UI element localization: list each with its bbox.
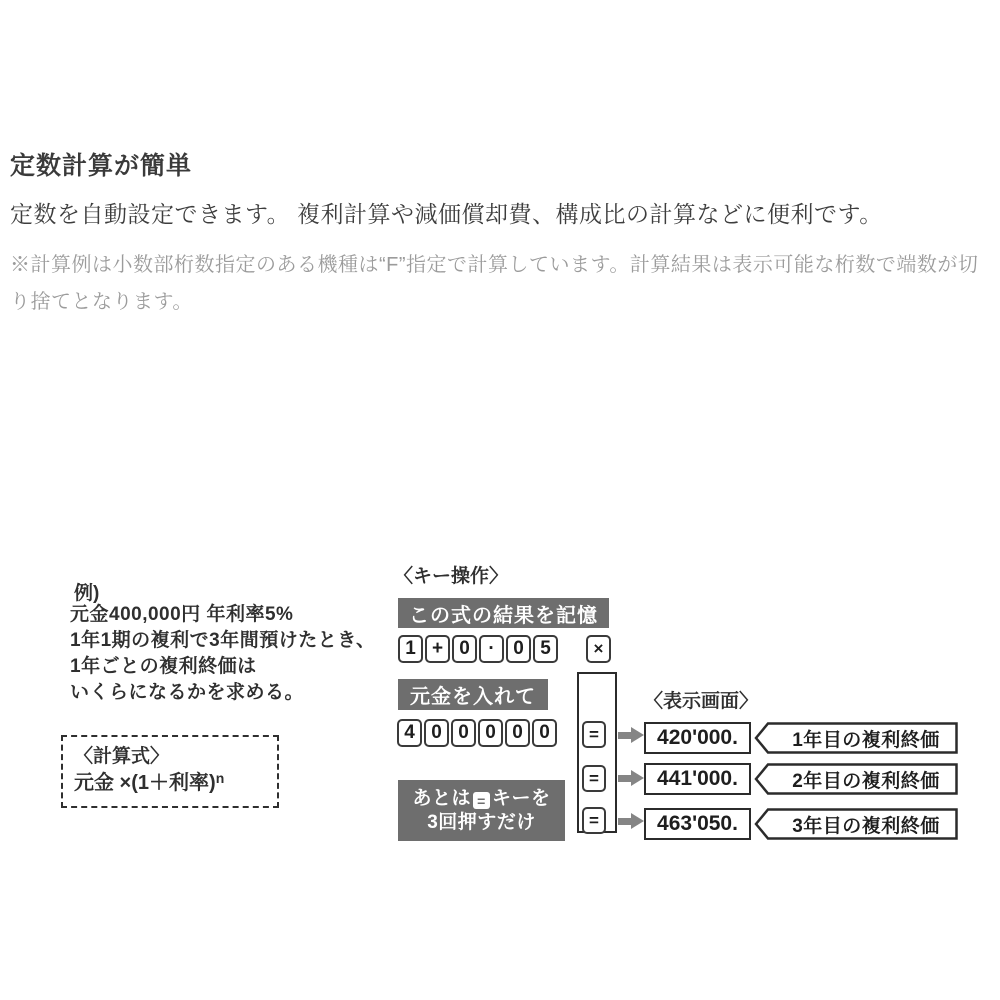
- right-arrow-icon: [618, 727, 644, 744]
- display-caption-year3: 3年目の複利終価: [754, 808, 958, 840]
- key-0: 0: [478, 719, 503, 747]
- formula-expression: 元金 ×(1＋利率)n: [74, 766, 224, 795]
- key-0: 0: [452, 635, 477, 663]
- step3-text-before: あとは: [412, 788, 471, 809]
- display-caption-year1: 1年目の複利終価: [754, 722, 958, 754]
- page-title: 定数計算が簡単: [10, 146, 192, 182]
- formula-exponent: n: [216, 770, 225, 786]
- key-1: 1: [398, 635, 423, 663]
- display-value-year2: 441'000.: [644, 763, 751, 795]
- note-text: ※計算例は小数部桁数指定のある機種は“F”指定で計算しています。計算結果は表示可…: [10, 247, 998, 321]
- display-value-year1: 420'000.: [644, 722, 751, 754]
- example-description: 元金400,000円 年利率5% 1年1期の複利で3年間預けたとき、 1年ごとの…: [70, 602, 375, 706]
- key-0: 0: [505, 719, 530, 747]
- key-equals-3: =: [582, 807, 606, 834]
- key-multiply: ×: [586, 635, 611, 663]
- key-5: 5: [533, 635, 558, 663]
- key-plus: +: [425, 635, 450, 663]
- right-arrow-icon: [618, 813, 644, 830]
- step2-key-row: 4 0 0 0 0 0: [397, 719, 557, 747]
- intro-text: 定数を自動設定できます。 複利計算や減価償却費、構成比の計算などに便利です。: [10, 196, 883, 229]
- key-0: 0: [424, 719, 449, 747]
- display-screen-title: 〈表示画面〉: [644, 686, 758, 713]
- right-arrow-icon: [618, 770, 644, 787]
- key-decimal-point: ·: [479, 635, 504, 663]
- key-equals-1: =: [582, 721, 606, 748]
- key-4: 4: [397, 719, 422, 747]
- caption-text: 3年目の複利終価: [778, 808, 954, 840]
- caption-text: 1年目の複利終価: [778, 722, 954, 754]
- page: 定数計算が簡単 定数を自動設定できます。 複利計算や減価償却費、構成比の計算など…: [0, 0, 1000, 1000]
- step3-line1: あとは=キーを: [412, 787, 550, 811]
- example-label: 例): [74, 578, 99, 605]
- formula-base: 元金 ×(1＋利率): [74, 772, 216, 794]
- caption-text: 2年目の複利終価: [778, 763, 954, 795]
- step3-instruction: あとは=キーを 3回押すだけ: [398, 780, 565, 841]
- key-equals-2: =: [582, 765, 606, 792]
- step1-instruction: この式の結果を記憶: [398, 598, 609, 628]
- step3-line2: 3回押すだけ: [427, 811, 536, 835]
- step3-text-after: キーを: [492, 788, 551, 809]
- formula-title: 〈計算式〉: [74, 741, 169, 768]
- display-caption-year2: 2年目の複利終価: [754, 763, 958, 795]
- key-0: 0: [451, 719, 476, 747]
- step1-key-row: 1 + 0 · 0 5: [398, 635, 558, 663]
- display-value-year3: 463'050.: [644, 808, 751, 840]
- key-0: 0: [532, 719, 557, 747]
- key-operation-title: 〈キー操作〉: [394, 561, 508, 588]
- equals-key-icon: =: [473, 792, 490, 809]
- key-0: 0: [506, 635, 531, 663]
- step2-instruction: 元金を入れて: [398, 679, 548, 710]
